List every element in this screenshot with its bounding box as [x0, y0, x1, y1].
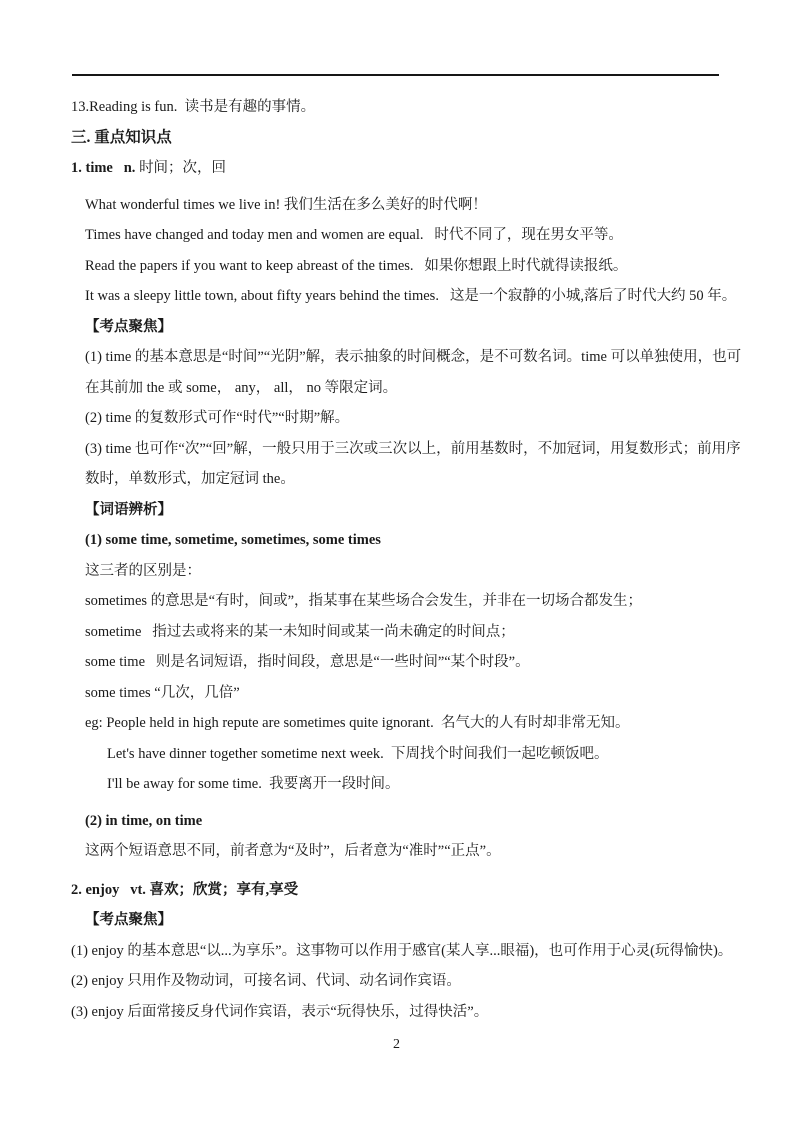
- entry-time-headword: 1. time n. 时间；次，回: [0, 153, 793, 184]
- subtopic-heading: (1) some time, sometime, sometimes, some…: [0, 525, 793, 556]
- text-run: (2) in time, on time: [85, 813, 202, 829]
- text-run: (3) enjoy 后面常接反身代词作宾语，表示“玩得快乐，过得快活”。: [71, 1004, 488, 1020]
- text-run: (1) some time, sometime, sometimes, some…: [85, 532, 381, 548]
- text-run: 时间；次，回: [139, 160, 226, 176]
- text-run: 这三者的区别是：: [85, 563, 201, 579]
- note-line: 这两个短语意思不同，前者意为“及时”，后者意为“准时”“正点”。: [0, 836, 793, 867]
- text-run: 三. 重点知识点: [71, 129, 172, 146]
- page-number: 2: [0, 1034, 793, 1056]
- text-run: Let's have dinner together sometime next…: [107, 746, 609, 762]
- example-sentence: Times have changed and today men and wom…: [0, 220, 793, 251]
- text-run: 2. enjoy vt. 喜欢；欣赏；享有,享受: [71, 882, 298, 898]
- text-run: sometime 指过去或将来的某一未知时间或某一尚未确定的时间点；: [85, 624, 515, 640]
- example-sentence: It was a sleepy little town, about fifty…: [0, 281, 793, 312]
- text-run: 这两个短语意思不同，前者意为“及时”，后者意为“准时”“正点”。: [85, 843, 501, 859]
- note-line: 这三者的区别是：: [0, 556, 793, 587]
- note-line: (2) enjoy 只用作及物动词，可接名词、代词、动名词作宾语。: [0, 966, 793, 997]
- example-sentence: eg: People held in high repute are somet…: [0, 708, 793, 739]
- text-run: 【词语辨析】: [85, 502, 172, 518]
- entry-enjoy-headword: 2. enjoy vt. 喜欢；欣赏；享有,享受: [0, 875, 793, 906]
- note-line: sometimes 的意思是“有时，间或”，指某事在某些场合会发生，并非在一切场…: [0, 586, 793, 617]
- text-run: 1. time n.: [71, 160, 139, 176]
- example-sentence: I'll be away for some time. 我要离开一段时间。: [0, 769, 793, 800]
- note-line: (3) time 也可作“次”“回”解，一般只用于三次或三次以上，前用基数时，不…: [0, 434, 793, 465]
- text-run: Times have changed and today men and wom…: [85, 227, 623, 243]
- subtopic-heading: (2) in time, on time: [0, 806, 793, 837]
- kaodian-heading: 【考点聚焦】: [0, 905, 793, 936]
- note-line: some time 则是名词短语，指时间段，意思是“一些时间”“某个时段”。: [0, 647, 793, 678]
- text-run: (1) time 的基本意思是“时间”“光阴”解，表示抽象的时间概念，是不可数名…: [85, 349, 741, 365]
- note-line: sometime 指过去或将来的某一未知时间或某一尚未确定的时间点；: [0, 617, 793, 648]
- example-sentence: Read the papers if you want to keep abre…: [0, 251, 793, 282]
- document-page: 13.Reading is fun. 读书是有趣的事情。三. 重点知识点1. t…: [0, 0, 793, 1122]
- document-body: 13.Reading is fun. 读书是有趣的事情。三. 重点知识点1. t…: [0, 92, 793, 1027]
- text-run: What wonderful times we live in! 我们生活在多么…: [85, 197, 487, 213]
- text-run: eg: People held in high repute are somet…: [85, 715, 629, 731]
- text-run: Read the papers if you want to keep abre…: [85, 258, 627, 274]
- note-line: 数时，单数形式，加定冠词 the。: [0, 464, 793, 495]
- text-run: It was a sleepy little town, about fifty…: [85, 288, 736, 304]
- text-run: 【考点聚焦】: [85, 912, 172, 928]
- text-run: some time 则是名词短语，指时间段，意思是“一些时间”“某个时段”。: [85, 654, 530, 670]
- ciyu-bianxi-heading: 【词语辨析】: [0, 495, 793, 526]
- kaodian-heading: 【考点聚焦】: [0, 312, 793, 343]
- text-run: I'll be away for some time. 我要离开一段时间。: [107, 776, 400, 792]
- section-heading: 三. 重点知识点: [0, 123, 793, 154]
- note-line: (3) enjoy 后面常接反身代词作宾语，表示“玩得快乐，过得快活”。: [0, 997, 793, 1028]
- note-line: (1) enjoy 的基本意思“以...为享乐”。这事物可以作用于感官(某人享.…: [0, 936, 793, 967]
- example-sentence: What wonderful times we live in! 我们生活在多么…: [0, 190, 793, 221]
- header-rule: [72, 74, 719, 76]
- text-run: some times “几次，几倍”: [85, 685, 240, 701]
- sentence-13: 13.Reading is fun. 读书是有趣的事情。: [0, 92, 793, 123]
- example-sentence: Let's have dinner together sometime next…: [0, 739, 793, 770]
- note-line: some times “几次，几倍”: [0, 678, 793, 709]
- text-run: 【考点聚焦】: [85, 319, 172, 335]
- text-run: (2) enjoy 只用作及物动词，可接名词、代词、动名词作宾语。: [71, 973, 461, 989]
- note-line: (2) time 的复数形式可作“时代”“时期”解。: [0, 403, 793, 434]
- note-line: 在其前加 the 或 some， any， all， no 等限定词。: [0, 373, 793, 404]
- text-run: sometimes 的意思是“有时，间或”，指某事在某些场合会发生，并非在一切场…: [85, 593, 642, 609]
- text-run: (3) time 也可作“次”“回”解，一般只用于三次或三次以上，前用基数时，不…: [85, 441, 741, 457]
- text-run: 在其前加 the 或 some， any， all， no 等限定词。: [85, 380, 397, 396]
- text-run: 13.Reading is fun. 读书是有趣的事情。: [71, 99, 315, 115]
- text-run: 数时，单数形式，加定冠词 the。: [85, 471, 295, 487]
- note-line: (1) time 的基本意思是“时间”“光阴”解，表示抽象的时间概念，是不可数名…: [0, 342, 793, 373]
- text-run: (2) time 的复数形式可作“时代”“时期”解。: [85, 410, 349, 426]
- text-run: (1) enjoy 的基本意思“以...为享乐”。这事物可以作用于感官(某人享.…: [71, 943, 732, 959]
